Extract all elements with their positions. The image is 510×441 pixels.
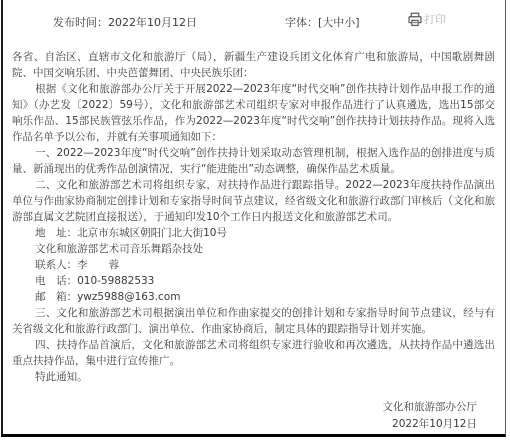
notice-body: 各省、自治区、直辖市文化和旅游厅（局），新疆生产建设兵团文化体育广电和旅游局，中… [12, 49, 495, 433]
signature-date: 2022年10月12日 [12, 416, 477, 433]
publish-date: 发布时间：2022年10月12日 [53, 14, 197, 30]
paragraph-item-2: 二、文化和旅游部艺术司将组织专家，对扶持作品进行跟踪指导。2022—2023年度… [12, 177, 495, 225]
contact-block: 地 址：北京市东城区朝阳门北大街10号 文化和旅游部艺术司音乐舞蹈杂技处 联系人… [12, 225, 495, 305]
contact-phone: 电 话：010-59882533 [35, 273, 495, 289]
signature-block: 文化和旅游部办公厅 2022年10月12日 [12, 399, 495, 433]
signature-org: 文化和旅游部办公厅 [12, 399, 477, 416]
paragraph-item-4: 四、扶持作品首演后，文化和旅游部艺术司将组织专家进行验收和再次遴选，从扶持作品中… [12, 337, 495, 369]
font-size-label: 字体： [285, 16, 318, 29]
document-page: 发布时间：2022年10月12日 字体：[大中小] 打印 各省、自治区、直辖市文… [1, 0, 506, 437]
contact-person: 联系人：李 蓉 [35, 257, 495, 273]
paragraph-item-1: 一、2022—2023年度“时代交响”创作扶持计划采取动态管理机制，根据入选作品… [12, 145, 495, 177]
paragraph-item-3: 三、文化和旅游部艺术司根据演出单位和作曲家提交的创排计划和专家指导时间节点建议，… [12, 305, 495, 337]
font-size-option-large[interactable]: 大 [322, 16, 333, 29]
document-salutation: 各省、自治区、直辖市文化和旅游厅（局），新疆生产建设兵团文化体育广电和旅游局，中… [12, 49, 495, 81]
print-button[interactable]: 打印 [407, 11, 446, 27]
print-label: 打印 [424, 11, 446, 27]
contact-email: 邮 箱：ywz5988@163.com [35, 289, 495, 305]
contact-address: 地 址：北京市东城区朝阳门北大街10号 [35, 225, 495, 241]
font-bracket-close: ] [355, 16, 359, 29]
printer-icon [407, 12, 423, 27]
font-size-option-medium[interactable]: 中 [333, 16, 344, 29]
closing-note: 特此通知。 [12, 369, 495, 385]
font-size-option-small[interactable]: 小 [344, 16, 355, 29]
contact-department: 文化和旅游部艺术司音乐舞蹈杂技处 [35, 241, 495, 257]
font-size-selector: 字体：[大中小] [285, 14, 360, 30]
article-meta-bar: 发布时间：2022年10月12日 字体：[大中小] 打印 [3, 0, 505, 44]
paragraph-basis: 根据《文化和旅游部办公厅关于开展2022—2023年度“时代交响”创作扶持计划作… [12, 81, 495, 145]
